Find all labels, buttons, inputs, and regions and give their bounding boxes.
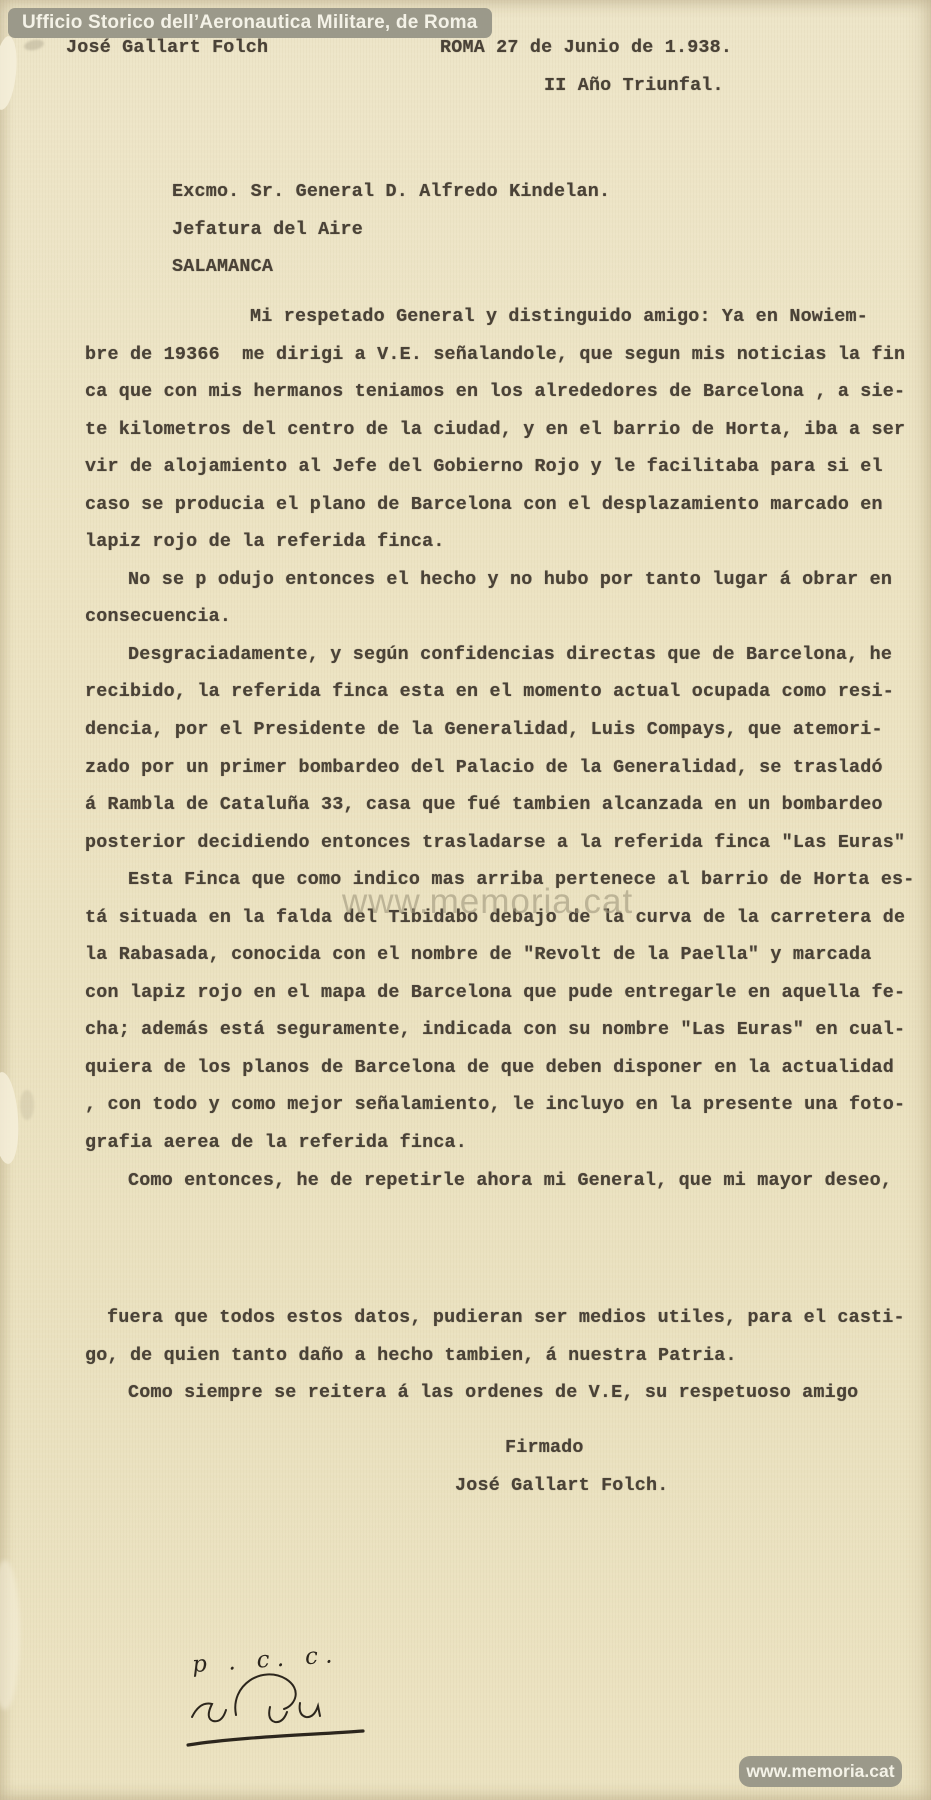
archive-source-badge: Ufficio Storico dell’Aeronautica Militar… <box>8 8 492 38</box>
paper-tear-mark <box>0 1071 21 1165</box>
recipient-line-2: Jefatura del Aire <box>172 219 363 240</box>
letter-body-line: grafia aerea de la referida finca. <box>85 1124 917 1162</box>
handwritten-signature-flourish <box>178 1645 398 1765</box>
paper-tear-mark <box>0 35 20 111</box>
letter-body-line: , con todo y como mejor señalamiento, le… <box>85 1086 917 1124</box>
letter-body-line: No se p odujo entonces el hecho y no hub… <box>85 561 917 599</box>
letter-body-line: consecuencia. <box>85 598 917 636</box>
letter-body-line: cha; además está seguramente, indicada c… <box>85 1011 917 1049</box>
letter-body-line: quiera de los planos de Barcelona de que… <box>85 1049 917 1087</box>
sender-name: José Gallart Folch <box>66 37 268 58</box>
letter-body-line: zado por un primer bombardeo del Palacio… <box>85 749 917 787</box>
letter-body-line: á Rambla de Cataluña 33, casa que fué ta… <box>85 786 917 824</box>
letter-body-line: Desgraciadamente, y según confidencias d… <box>85 636 917 674</box>
letter-body-line: caso se producia el plano de Barcelona c… <box>85 486 917 524</box>
closing-word: Firmado <box>505 1437 584 1458</box>
letter-body-line: ca que con mis hermanos teniamos en los … <box>85 373 917 411</box>
letter-body-line: vir de alojamiento al Jefe del Gobierno … <box>85 448 917 486</box>
year-line: II Año Triunfal. <box>544 75 724 96</box>
letter-body-line: con lapiz rojo en el mapa de Barcelona q… <box>85 974 917 1012</box>
handwritten-annotation: p . c. c. <box>178 1645 398 1765</box>
date-line: ROMA 27 de Junio de 1.938. <box>440 37 732 58</box>
letter-body-line: Como entonces, he de repetirle ahora mi … <box>85 1162 917 1200</box>
recipient-line-3: SALAMANCA <box>172 256 273 277</box>
website-badge: www.memoria.cat <box>739 1756 902 1787</box>
letter-body-line: recibido, la referida finca esta en el m… <box>85 673 917 711</box>
website-watermark: www.memoria.cat <box>342 882 633 922</box>
paper-smudge <box>20 1090 34 1120</box>
recipient-line-1: Excmo. Sr. General D. Alfredo Kindelan. <box>172 181 610 202</box>
letter-body-line: fuera que todos estos datos, pudieran se… <box>85 1299 917 1337</box>
letter-body-line: Como siempre se reitera á las ordenes de… <box>85 1374 917 1412</box>
letter-body-line: posterior decidiendo entonces trasladars… <box>85 824 917 862</box>
letter-body-line: te kilometros del centro de la ciudad, y… <box>85 411 917 449</box>
letter-body: Mi respetado General y distinguido amigo… <box>85 298 917 1412</box>
letter-body-line: la Rabasada, conocida con el nombre de "… <box>85 936 917 974</box>
letter-body-line: go, de quien tanto daño a hecho tambien,… <box>85 1337 917 1375</box>
paper-smudge <box>23 38 45 52</box>
letter-body-line: Mi respetado General y distinguido amigo… <box>85 298 917 336</box>
letter-body-line: dencia, por el Presidente de la Generali… <box>85 711 917 749</box>
letter-page: Ufficio Storico dell’Aeronautica Militar… <box>0 0 931 1800</box>
letter-body-line: bre de 19366 me dirigi a V.E. señalandol… <box>85 336 917 374</box>
closing-signature-name: José Gallart Folch. <box>455 1475 669 1496</box>
letter-body-line: lapiz rojo de la referida finca. <box>85 523 917 561</box>
paper-light-patch <box>0 1560 20 1710</box>
